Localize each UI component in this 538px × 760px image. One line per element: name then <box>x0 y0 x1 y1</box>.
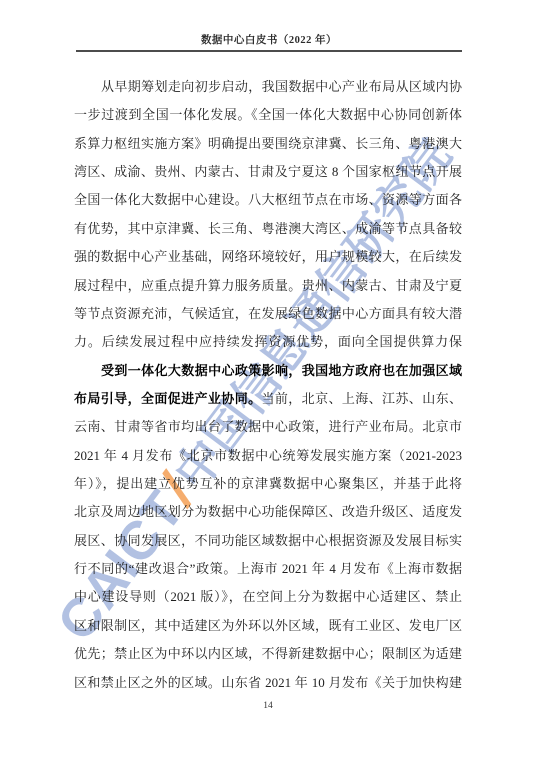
body-line: 强的数据中心产业基础，网络环境较好，用户规模较大，在后续发 <box>74 243 462 271</box>
header-rule <box>76 50 462 52</box>
body-line: 全国一体化大数据中心建设。八大枢纽节点在市场、资源等方面各 <box>74 186 462 214</box>
document-page: CAICT/中国信息通信研究院 数据中心白皮书（2022 年） 从早期筹划走向初… <box>0 0 538 760</box>
body-line: 中心建设导则（2021 版）》，在空间上分为数据中心适建区、禁止 <box>74 583 462 611</box>
body-line: 北京及周边地区划分为数据中心功能保障区、改造升级区、适度发 <box>74 498 462 526</box>
body-line: 年）》，提出建立优势互补的京津冀数据中心聚集区，并基于此将 <box>74 470 462 498</box>
body-line: 展过程中，应重点提升算力服务质量。贵州、内蒙古、甘肃及宁夏 <box>74 272 462 300</box>
body-line: 区和限制区，其中适建区为外环以外区域，既有工业区、发电厂区 <box>74 612 462 640</box>
body-text: 从早期筹划走向初步启动，我国数据中心产业布局从区域内协同进 一步过渡到全国一体化… <box>74 73 462 697</box>
body-line: 湾区、成渝、贵州、内蒙古、甘肃及宁夏这 8 个国家枢纽节点开展 <box>74 158 462 186</box>
page-header: 数据中心白皮书（2022 年） <box>76 32 462 52</box>
regular-run: 当前，北京、上海、江苏、山东、 <box>262 391 463 406</box>
body-line: 等节点资源充沛，气候适宜，在发展绿色数据中心方面具有较大潜 <box>74 300 462 328</box>
body-line: 力。后续发展过程中应持续发挥资源优势，面向全国提供算力保障。 <box>74 328 462 356</box>
body-line: 系算力枢纽实施方案》明确提出要围绕京津冀、长三角、粤港澳大 <box>74 130 462 158</box>
body-line: 展区、协同发展区，不同功能区域数据中心根据资源及发展目标实 <box>74 527 462 555</box>
body-line: 区和禁止区之外的区域。山东省 2021 年 10 月发布《关于加快构建 <box>74 669 462 697</box>
page-number: 14 <box>74 701 462 711</box>
body-line: 一步过渡到全国一体化发展。《全国一体化大数据中心协同创新体 <box>74 101 462 129</box>
body-line-bold: 受到一体化大数据中心政策影响，我国地方政府也在加强区域 <box>74 357 462 385</box>
body-line: 行不同的“建改退合”政策。上海市 2021 年 4 月发布《上海市数据 <box>74 555 462 583</box>
body-line-mixed: 布局引导，全面促进产业协同。当前，北京、上海、江苏、山东、 <box>74 385 462 413</box>
body-line: 2021 年 4 月发布《北京市数据中心统筹发展实施方案（2021-2023 <box>74 442 462 470</box>
body-line: 优先；禁止区为中环以内区域，不得新建数据中心；限制区为适建 <box>74 640 462 668</box>
document-title: 数据中心白皮书（2022 年） <box>76 32 462 47</box>
body-line: 云南、甘肃等省市均出台了数据中心政策，进行产业布局。北京市 <box>74 413 462 441</box>
body-line: 从早期筹划走向初步启动，我国数据中心产业布局从区域内协同进 <box>74 73 462 101</box>
bold-run: 布局引导，全面促进产业协同。 <box>74 391 262 406</box>
body-line: 有优势，其中京津冀、长三角、粤港澳大湾区、成渝等节点具备较 <box>74 215 462 243</box>
